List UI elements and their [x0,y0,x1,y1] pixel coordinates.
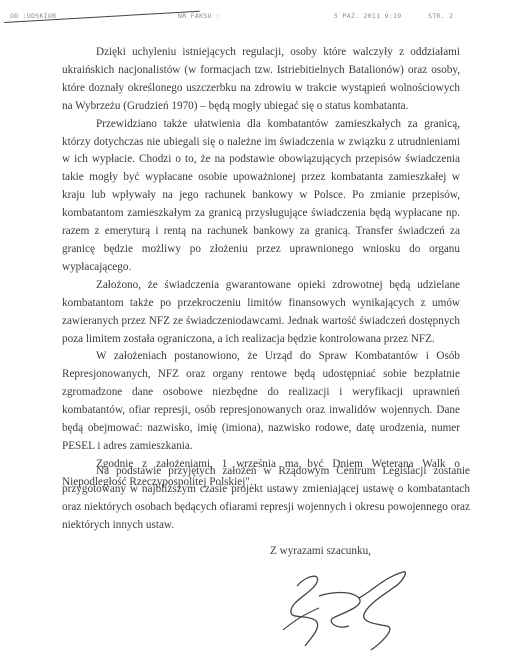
fax-number: NR FAKSU : [178,12,220,20]
fax-datetime: 5 PAŹ. 2011 9:19 [334,12,401,20]
paragraph: Przewidziano także ułatwienia dla kombat… [62,116,460,277]
salutation: Z wyrazami szacunku, [270,545,371,557]
letter-body: Dzięki uchyleniu istniejących regulacji,… [62,44,460,492]
paragraph: Założono, że świadczenia gwarantowane op… [62,277,460,349]
paragraph: W założeniach postanowiono, że Urząd do … [62,348,460,455]
closing-section: Na podstawie przyjętych założeń w Rządow… [62,463,470,535]
paragraph: Dzięki uchyleniu istniejących regulacji,… [62,44,460,116]
closing-paragraph: Na podstawie przyjętych założeń w Rządow… [62,463,470,535]
signature [275,568,415,653]
fax-page: STR. 2 [428,12,453,20]
